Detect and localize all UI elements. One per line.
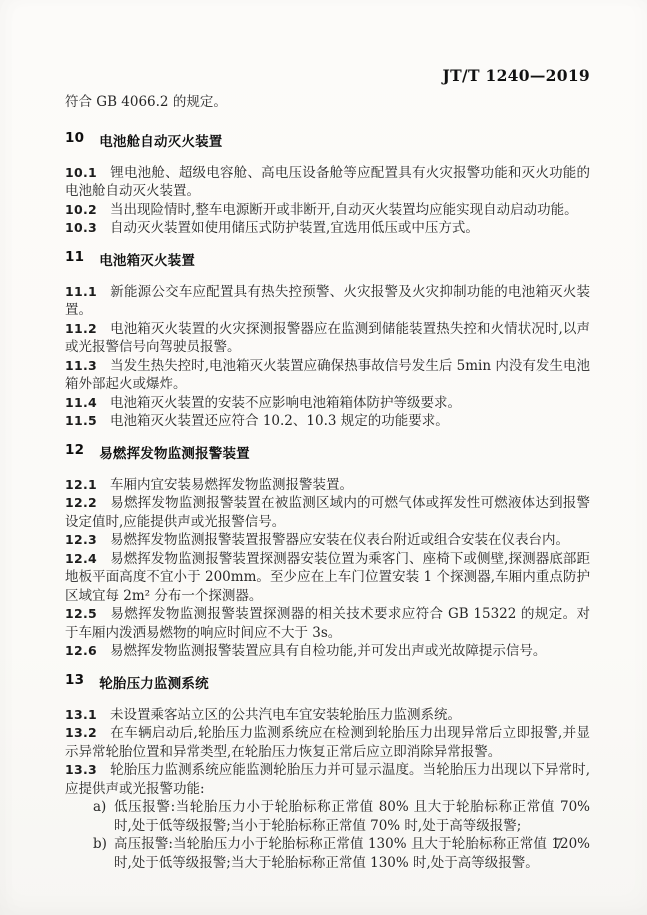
- clause-text: 自动灭火装置如使用储压式防护装置,宜选用低压或中压方式。: [110, 220, 479, 236]
- clause-13-1: 13.1未设置乘客站立区的公共汽电车宜安装轮胎压力监测系统。: [65, 706, 590, 725]
- standard-number-header: JT/T 1240—2019: [443, 66, 590, 85]
- clause-11-2: 11.2电池箱灭火装置的火灾探测报警器应在监测到储能装置热失控和火情状况时,以声…: [65, 320, 590, 357]
- clause-text: 易燃挥发物监测报警装置探测器的相关技术要求应符合 GB 15322 的规定。对于…: [65, 606, 590, 641]
- section-title: 易燃挥发物监测报警装置: [99, 442, 250, 462]
- list-item-a: a) 低压报警:当轮胎压力小于轮胎标称正常值 80% 且大于轮胎标称正常值 70…: [93, 798, 590, 835]
- section-number: 13: [65, 672, 84, 692]
- clause-text: 易燃挥发物监测报警装置在被监测区域内的可燃气体或挥发性可燃液体达到报警设定值时,…: [65, 495, 590, 530]
- clause-number: 12.1: [65, 477, 97, 492]
- clause-text: 锂电池舱、超级电容舱、高电压设备舱等应配置具有火灾报警功能和灭火功能的电池舱自动…: [65, 165, 590, 200]
- intro-continuation-paragraph: 符合 GB 4066.2 的规定。: [65, 93, 590, 112]
- clause-number: 12.5: [65, 606, 97, 621]
- section-heading-12: 12 易燃挥发物监测报警装置: [65, 442, 590, 462]
- clause-text: 电池箱灭火装置的火灾探测报警器应在监测到储能装置热失控和火情状况时,以声或光报警…: [65, 321, 590, 356]
- clause-number: 12.6: [65, 643, 97, 658]
- clause-12-1: 12.1车厢内宜安装易燃挥发物监测报警装置。: [65, 476, 590, 495]
- clause-10-3: 10.3自动灭火装置如使用储压式防护装置,宜选用低压或中压方式。: [65, 219, 590, 238]
- clause-12-6: 12.6易燃挥发物监测报警装置应具有自检功能,并可发出声或光故障提示信号。: [65, 642, 590, 661]
- clause-text: 当出现险情时,整车电源断开或非断开,自动灭火装置均应能实现自动启动功能。: [110, 202, 578, 218]
- clause-number: 11.5: [65, 413, 97, 428]
- clause-number: 13.2: [65, 725, 97, 740]
- clause-10-1: 10.1锂电池舱、超级电容舱、高电压设备舱等应配置具有火灾报警功能和灭火功能的电…: [65, 164, 590, 201]
- document-page: JT/T 1240—2019 符合 GB 4066.2 的规定。 10 电池舱自…: [0, 0, 647, 915]
- clause-12-2: 12.2易燃挥发物监测报警装置在被监测区域内的可燃气体或挥发性可燃液体达到报警设…: [65, 494, 590, 531]
- list-item-label: b): [93, 835, 114, 872]
- clause-text: 新能源公交车应配置具有热失控预警、火灾报警及火灾抑制功能的电池箱灭火装置。: [65, 284, 590, 319]
- clause-number: 10.2: [65, 202, 97, 217]
- section-heading-11: 11 电池箱灭火装置: [65, 249, 590, 269]
- clause-number: 13.1: [65, 707, 97, 722]
- clause-10-2: 10.2当出现险情时,整车电源断开或非断开,自动灭火装置均应能实现自动启动功能。: [65, 201, 590, 220]
- clause-text: 未设置乘客站立区的公共汽电车宜安装轮胎压力监测系统。: [110, 707, 461, 723]
- clause-number: 13.3: [65, 762, 97, 777]
- clause-11-4: 11.4电池箱灭火装置的安装不应影响电池箱箱体防护等级要求。: [65, 394, 590, 413]
- clause-text: 在车辆启动后,轮胎压力监测系统应在检测到轮胎压力出现异常后立即报警,并显示异常轮…: [65, 725, 590, 760]
- clause-number: 12.2: [65, 495, 97, 510]
- clause-text: 电池箱灭火装置还应符合 10.2、10.3 规定的功能要求。: [110, 413, 449, 429]
- clause-number: 11.4: [65, 395, 97, 410]
- section-title: 电池箱灭火装置: [99, 249, 195, 269]
- clause-11-1: 11.1新能源公交车应配置具有热失控预警、火灾报警及火灾抑制功能的电池箱灭火装置…: [65, 283, 590, 320]
- clause-text: 电池箱灭火装置的安装不应影响电池箱箱体防护等级要求。: [110, 395, 461, 411]
- clause-12-3: 12.3易燃挥发物监测报警装置报警器应安装在仪表台附近或组合安装在仪表台内。: [65, 531, 590, 550]
- clause-text: 易燃挥发物监测报警装置应具有自检功能,并可发出声或光故障提示信号。: [110, 643, 546, 659]
- clause-text: 轮胎压力监测系统应能监测轮胎压力并可显示温度。当轮胎压力出现以下异常时,应提供声…: [65, 762, 590, 797]
- clause-number: 11.3: [65, 358, 97, 373]
- list-item-b: b) 高压报警:当轮胎压力小于轮胎标称正常值 130% 且大于轮胎标称正常值 1…: [93, 835, 590, 872]
- clause-12-5: 12.5易燃挥发物监测报警装置探测器的相关技术要求应符合 GB 15322 的规…: [65, 605, 590, 642]
- clause-text: 当发生热失控时,电池箱灭火装置应确保热事故信号发生后 5min 内没有发生电池箱…: [65, 358, 590, 393]
- clause-number: 10.3: [65, 220, 97, 235]
- section-number: 10: [65, 130, 84, 150]
- clause-13-3: 13.3轮胎压力监测系统应能监测轮胎压力并可显示温度。当轮胎压力出现以下异常时,…: [65, 761, 590, 798]
- list-item-label: a): [93, 798, 114, 835]
- clause-text: 易燃挥发物监测报警装置报警器应安装在仪表台附近或组合安装在仪表台内。: [110, 532, 569, 548]
- clause-11-5: 11.5电池箱灭火装置还应符合 10.2、10.3 规定的功能要求。: [65, 412, 590, 431]
- section-heading-13: 13 轮胎压力监测系统: [65, 672, 590, 692]
- section-title: 电池舱自动灭火装置: [99, 130, 222, 150]
- clause-number: 11.1: [65, 284, 97, 299]
- list-item-text: 高压报警:当轮胎压力小于轮胎标称正常值 130% 且大于轮胎标称正常值 120%…: [114, 835, 590, 872]
- clause-13-3-list: a) 低压报警:当轮胎压力小于轮胎标称正常值 80% 且大于轮胎标称正常值 70…: [65, 798, 590, 872]
- clause-number: 12.3: [65, 532, 97, 547]
- clause-number: 10.1: [65, 165, 97, 180]
- page-content: 符合 GB 4066.2 的规定。 10 电池舱自动灭火装置 10.1锂电池舱、…: [65, 93, 590, 872]
- section-heading-10: 10 电池舱自动灭火装置: [65, 130, 590, 150]
- clause-number: 11.2: [65, 321, 97, 336]
- section-number: 12: [65, 442, 84, 462]
- list-item-text: 低压报警:当轮胎压力小于轮胎标称正常值 80% 且大于轮胎标称正常值 70% 时…: [114, 798, 590, 835]
- page-number: 7: [554, 837, 563, 853]
- clause-12-4: 12.4易燃挥发物监测报警装置探测器安装位置为乘客门、座椅下或侧壁,探测器底部距…: [65, 550, 590, 606]
- section-number: 11: [65, 249, 84, 269]
- clause-number: 12.4: [65, 551, 97, 566]
- clause-11-3: 11.3当发生热失控时,电池箱灭火装置应确保热事故信号发生后 5min 内没有发…: [65, 357, 590, 394]
- clause-text: 车厢内宜安装易燃挥发物监测报警装置。: [110, 477, 353, 493]
- clause-text: 易燃挥发物监测报警装置探测器安装位置为乘客门、座椅下或侧壁,探测器底部距地板平面…: [65, 551, 590, 604]
- clause-13-2: 13.2在车辆启动后,轮胎压力监测系统应在检测到轮胎压力出现异常后立即报警,并显…: [65, 724, 590, 761]
- section-title: 轮胎压力监测系统: [99, 672, 209, 692]
